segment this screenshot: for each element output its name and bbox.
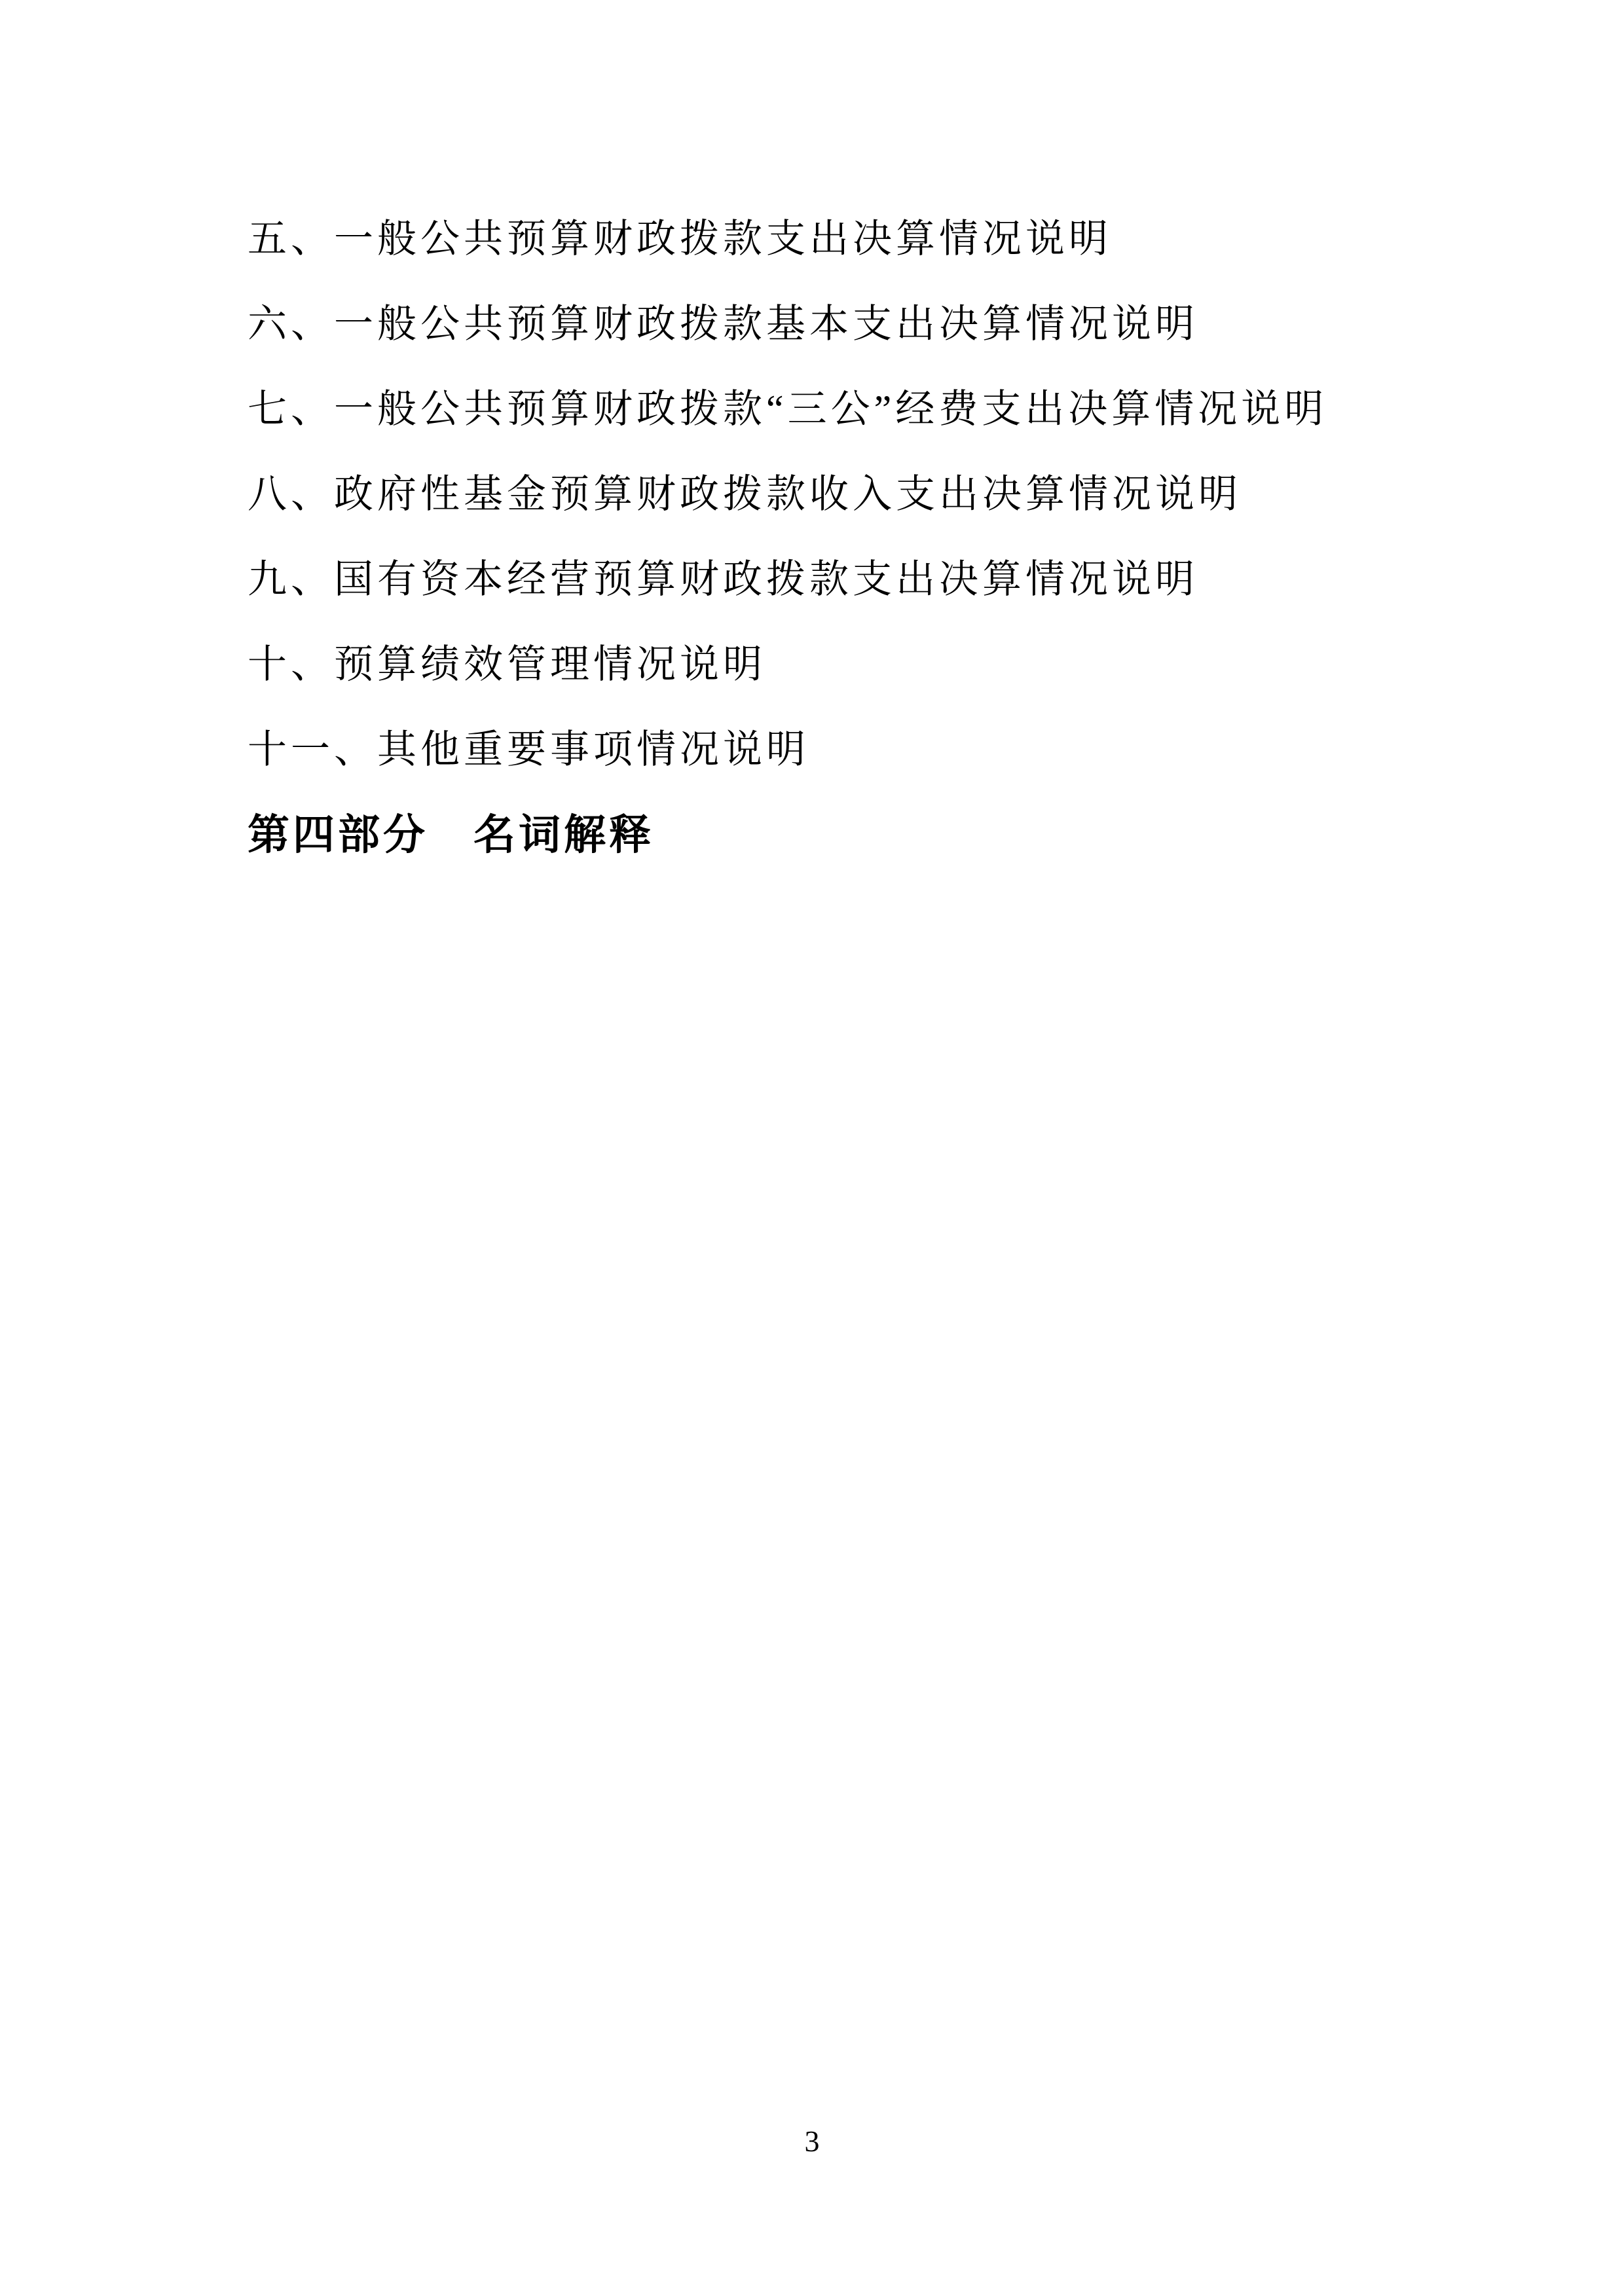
toc-item: 十、预算绩效管理情况说明 <box>248 622 1493 707</box>
page-number: 3 <box>805 2124 820 2158</box>
section-heading: 第四部分 名词解释 <box>248 792 1493 877</box>
toc-item: 八、政府性基金预算财政拨款收入支出决算情况说明 <box>248 452 1493 537</box>
toc-item: 九、国有资本经营预算财政拨款支出决算情况说明 <box>248 537 1493 622</box>
toc-item: 十一、其他重要事项情况说明 <box>248 707 1493 792</box>
toc-item: 六、一般公共预算财政拨款基本支出决算情况说明 <box>248 282 1493 367</box>
table-of-contents: 五、一般公共预算财政拨款支出决算情况说明 六、一般公共预算财政拨款基本支出决算情… <box>248 196 1493 877</box>
document-page: 五、一般公共预算财政拨款支出决算情况说明 六、一般公共预算财政拨款基本支出决算情… <box>0 0 1624 2296</box>
toc-item: 七、一般公共预算财政拨款“三公”经费支出决算情况说明 <box>248 367 1493 452</box>
page-footer: 3 <box>0 2126 1624 2157</box>
toc-item: 五、一般公共预算财政拨款支出决算情况说明 <box>248 196 1493 282</box>
